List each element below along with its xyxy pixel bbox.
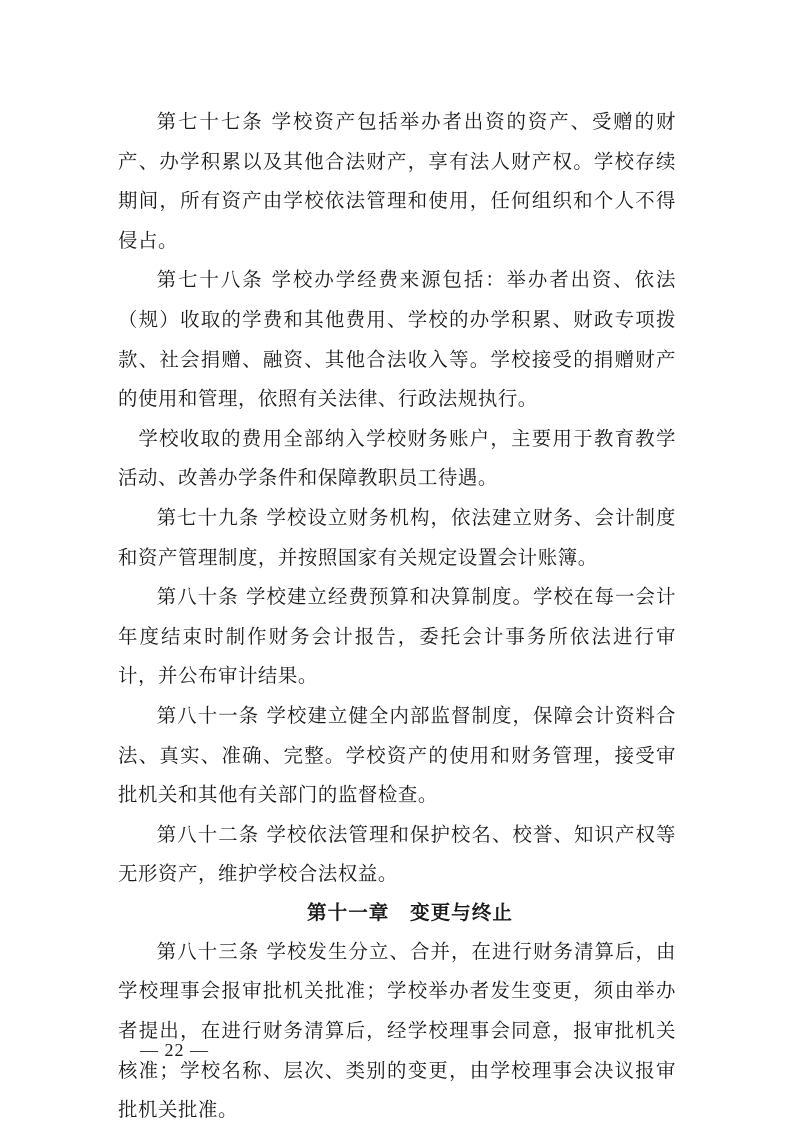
article-82: 第八十二条 学校依法管理和保护校名、校誉、知识产权等无形资产，维护学校合法权益。 — [118, 815, 676, 894]
chapter-heading: 第十一章 变更与终止 — [118, 894, 676, 932]
article-80: 第八十条 学校建立经费预算和决算制度。学校在每一会计年度结束时制作财务会计报告，… — [118, 577, 676, 696]
chapter-heading-text: 第十一章 变更与终止 — [307, 901, 513, 924]
article-81: 第八十一条 学校建立健全内部监督制度，保障会计资料合法、真实、准确、完整。学校资… — [118, 696, 676, 815]
article-77: 第七十七条 学校资产包括举办者出资的资产、受赠的财产、办学积累以及其他合法财产，… — [118, 102, 676, 260]
article-79: 第七十九条 学校设立财务机构，依法建立财务、会计制度和资产管理制度，并按照国家有… — [118, 498, 676, 577]
document-page: 第七十七条 学校资产包括举办者出资的资产、受赠的财产、办学积累以及其他合法财产，… — [118, 102, 676, 1122]
article-78: 第七十八条 学校办学经费来源包括：举办者出资、依法（规）收取的学费和其他费用、学… — [118, 260, 676, 418]
article-78-continued: 学校收取的费用全部纳入学校财务账户，主要用于教育教学活动、改善办学条件和保障教职… — [118, 419, 676, 498]
page-number: — 22 — — [140, 1040, 209, 1061]
article-83: 第八十三条 学校发生分立、合并，在进行财务清算后，由学校理事会报审批机关批准；学… — [118, 932, 676, 1122]
